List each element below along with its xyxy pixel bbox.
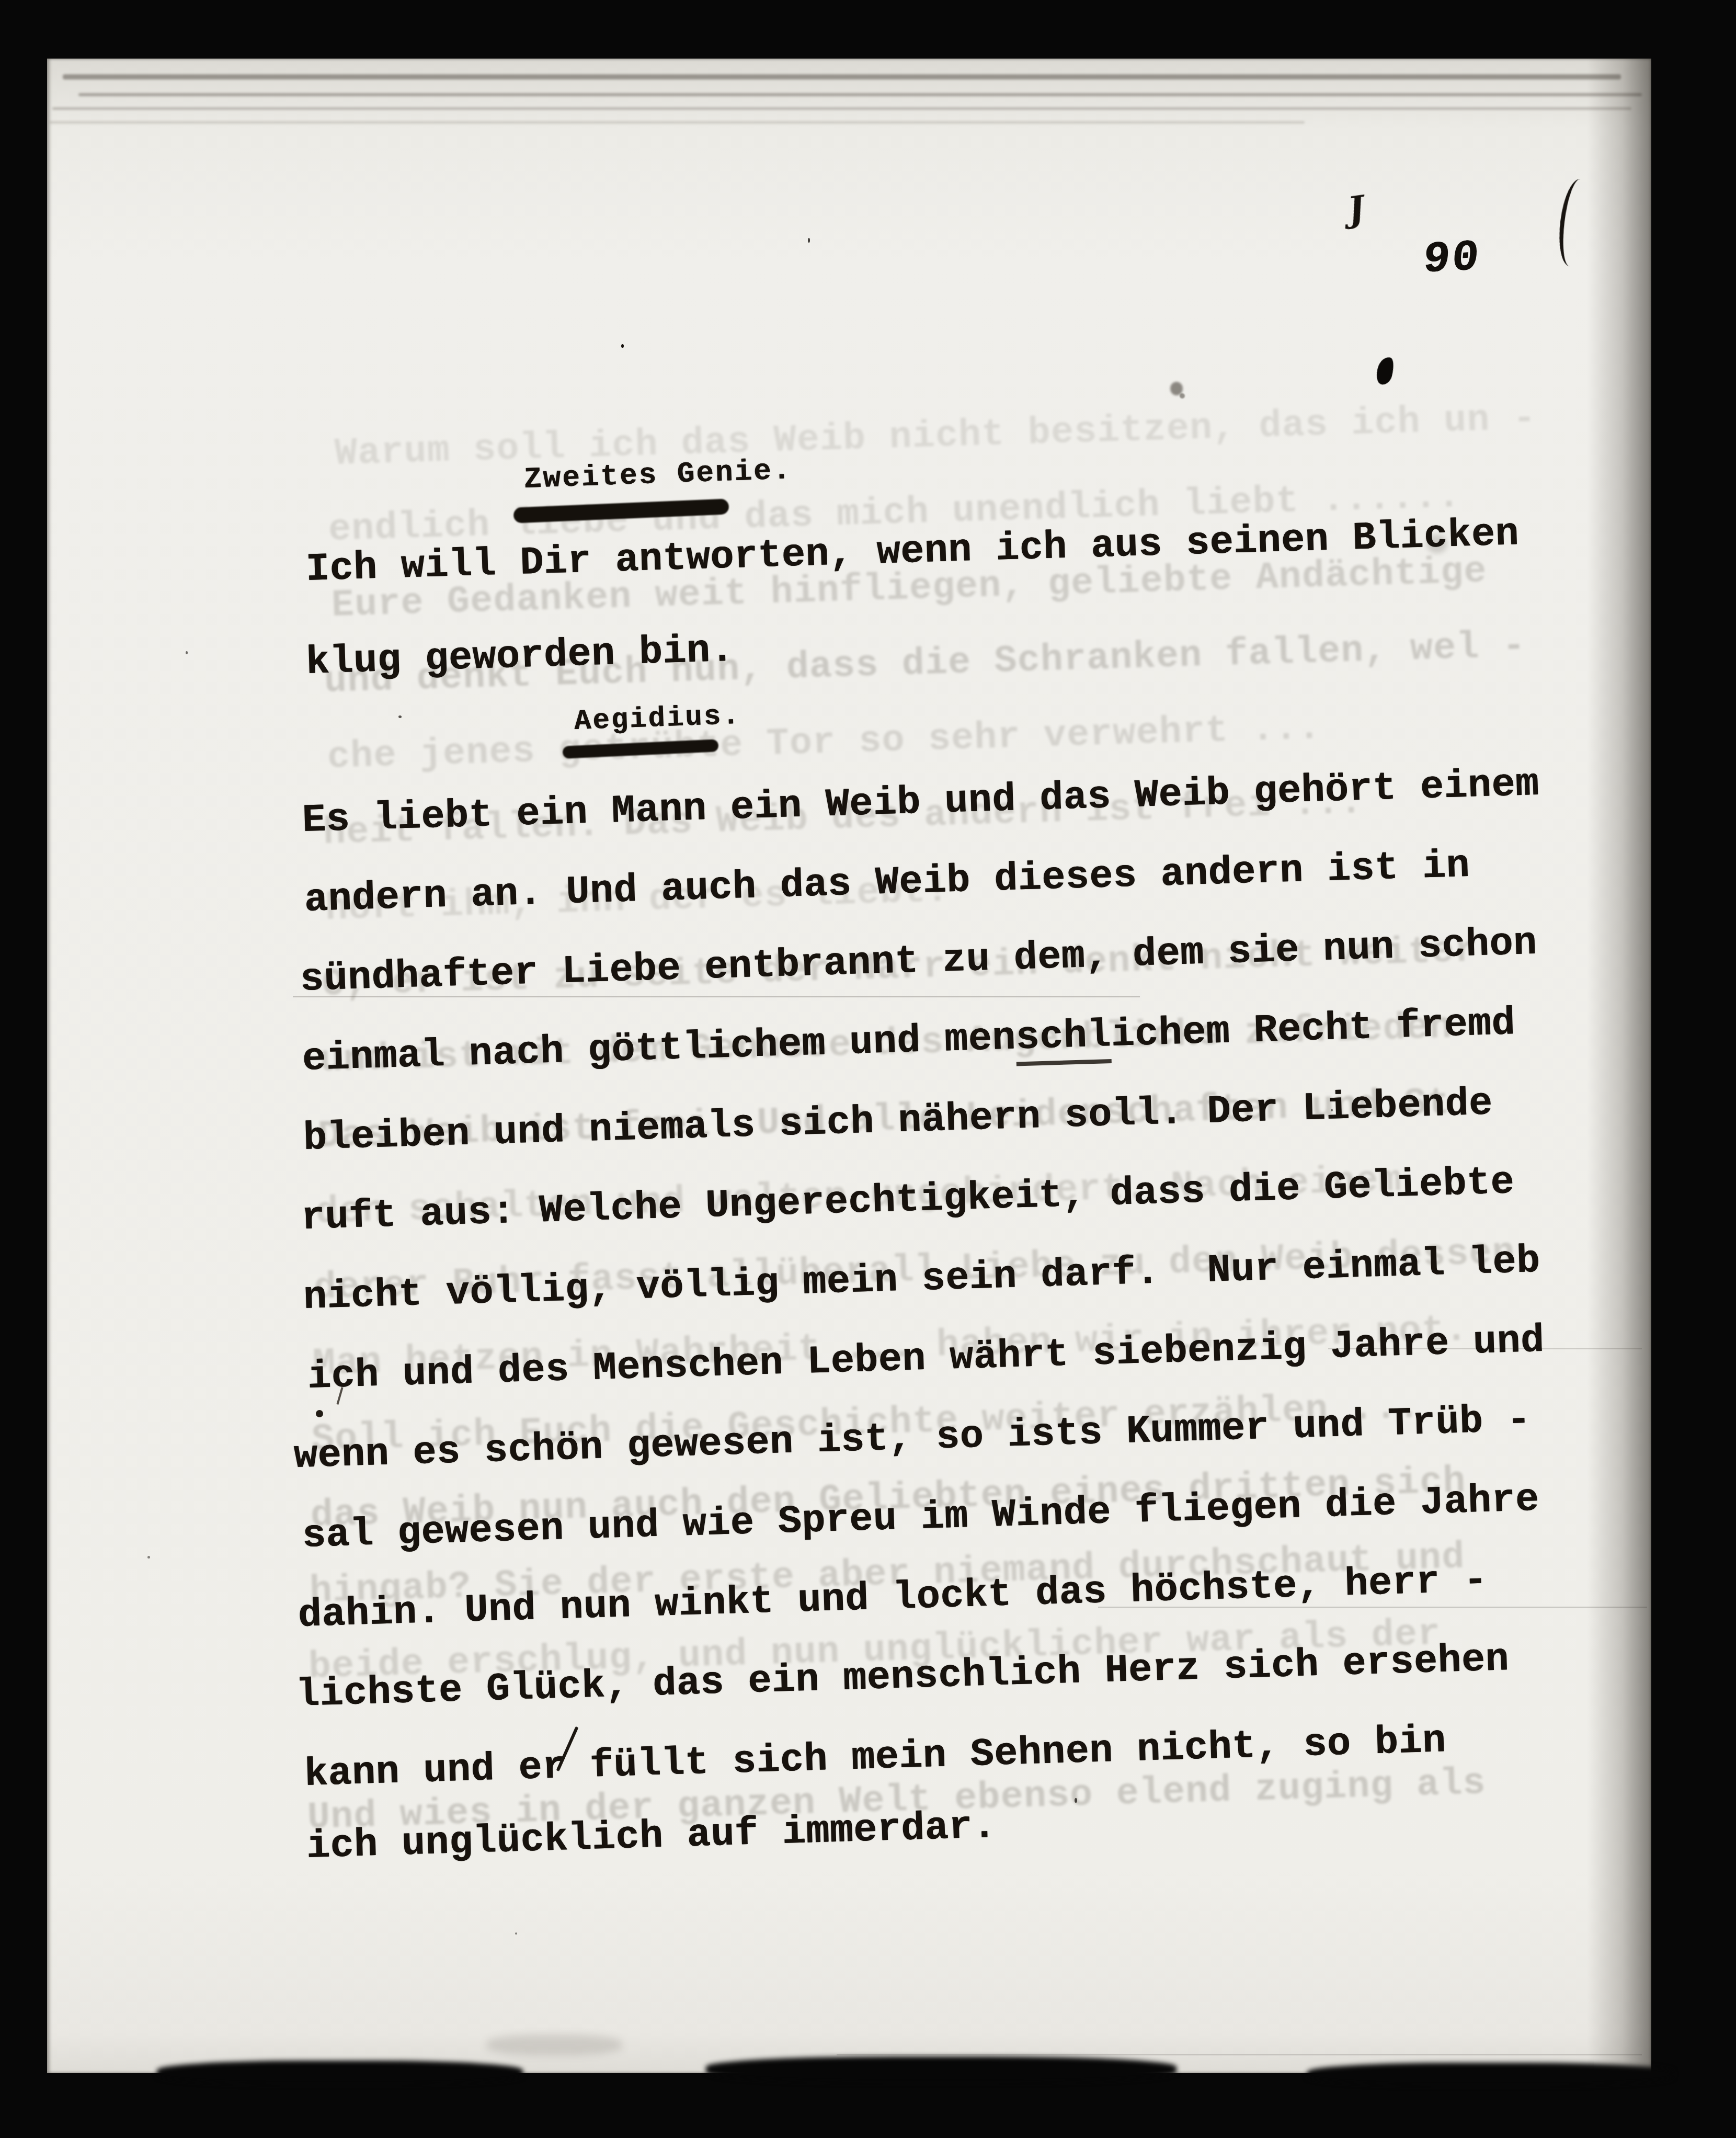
page-stack-edge — [50, 121, 1305, 123]
dust-speck — [147, 1556, 150, 1559]
dust-speck — [621, 344, 624, 348]
page-stack-edge — [63, 74, 1621, 79]
bottom-smudge — [486, 2034, 622, 2055]
page-number: 90 — [1421, 233, 1482, 286]
underlined-word-part: schl — [1015, 1013, 1112, 1066]
dust-speck — [808, 238, 810, 243]
dust-speck — [398, 715, 402, 718]
paper-edge-shadow — [1587, 59, 1651, 2073]
page-stack-edge — [52, 107, 1631, 110]
dust-speck — [515, 1932, 517, 1935]
scan-artifact-line — [837, 2054, 1642, 2055]
dust-speck — [186, 651, 188, 654]
paper-edge-ragged — [1307, 2063, 1673, 2086]
body-line-segment: ichem Recht fremd — [1110, 1001, 1516, 1057]
page-stack-edge — [78, 93, 1642, 96]
dust-speck — [1331, 1109, 1333, 1111]
dust-speck — [1075, 1798, 1077, 1803]
paper-edge-ragged — [706, 2056, 1177, 2083]
microfilm-scan-frame: { "page": { "number": "90" }, "document"… — [0, 0, 1736, 2138]
section-heading: Aegidius. — [574, 700, 741, 738]
paper-edge-ragged — [157, 2061, 523, 2085]
smudge-mark — [1180, 393, 1185, 399]
margin-dot-mark — [316, 1410, 323, 1417]
